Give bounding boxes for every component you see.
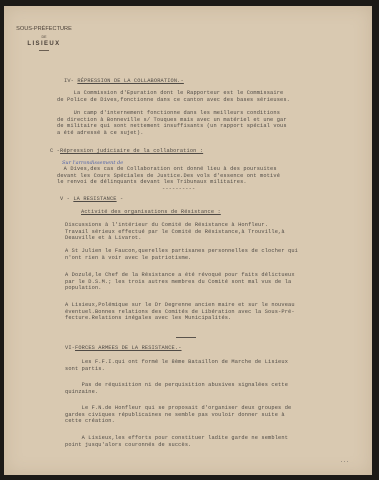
paragraph: A St Julien le Faucon,querelles partisan… bbox=[65, 248, 298, 261]
subsection-title: Répression judiciaire de la collaboratio… bbox=[60, 148, 203, 154]
section-vi-heading: VI-FORCES ARMEES DE LA RESISTANCE.- bbox=[65, 345, 182, 352]
paragraph: A Dozulé,le Chef de la Résistance a été … bbox=[65, 272, 295, 292]
letterhead-line1: SOUS-PRÉFECTURE bbox=[14, 26, 74, 32]
continuation-marker: ... bbox=[340, 458, 349, 464]
letterhead-rule bbox=[39, 50, 49, 51]
section-title: FORCES ARMEES DE LA RESISTANCE.- bbox=[75, 345, 182, 351]
section-number: VI- bbox=[65, 345, 75, 351]
paragraph: Les F.F.I.qui ont formé le 8ème Bataillo… bbox=[65, 359, 288, 372]
paragraph: Pas de réquisition ni de perquisition ab… bbox=[65, 382, 288, 395]
subsection-c-heading: C -Répression judiciaire de la collabora… bbox=[50, 148, 203, 155]
letterhead: SOUS-PRÉFECTURE DE LISIEUX bbox=[14, 26, 74, 51]
section-title: LA RESISTANCE bbox=[73, 196, 116, 202]
paragraph: A Dives,des cas de Collaboration ont don… bbox=[57, 166, 280, 186]
paragraph: Le F.N.de Honfleur qui se proposait d'or… bbox=[65, 405, 291, 425]
subsection-prefix: C - bbox=[50, 148, 60, 154]
section-iv-heading: IV- RÉPRESSION DE LA COLLABORATION.- bbox=[64, 78, 184, 85]
divider bbox=[176, 337, 196, 338]
paragraph: Un camp d'internement fonctionne dans le… bbox=[57, 110, 287, 137]
paragraph: A Lisieux,les efforts pour constituer la… bbox=[65, 435, 288, 448]
letterhead-line2: DE bbox=[14, 35, 74, 39]
paragraph: Discussions à l'intérieur du Comité de R… bbox=[65, 222, 285, 242]
subsection-title: Activité des organisations de Résistance… bbox=[81, 209, 221, 216]
letterhead-line3: LISIEUX bbox=[14, 41, 74, 47]
section-v-heading: V - LA RESISTANCE - bbox=[60, 196, 123, 203]
section-title: RÉPRESSION DE LA COLLABORATION.- bbox=[77, 78, 184, 84]
paragraph: A Lisieux,Polémique sur le Dr Degrenne a… bbox=[65, 302, 295, 322]
separator: ---------- bbox=[162, 186, 195, 193]
section-number: V - bbox=[60, 196, 73, 202]
section-number: IV- bbox=[64, 78, 77, 84]
section-suffix: - bbox=[117, 196, 124, 202]
paragraph: La Commission d'Epuration dont le Rappor… bbox=[57, 90, 290, 103]
